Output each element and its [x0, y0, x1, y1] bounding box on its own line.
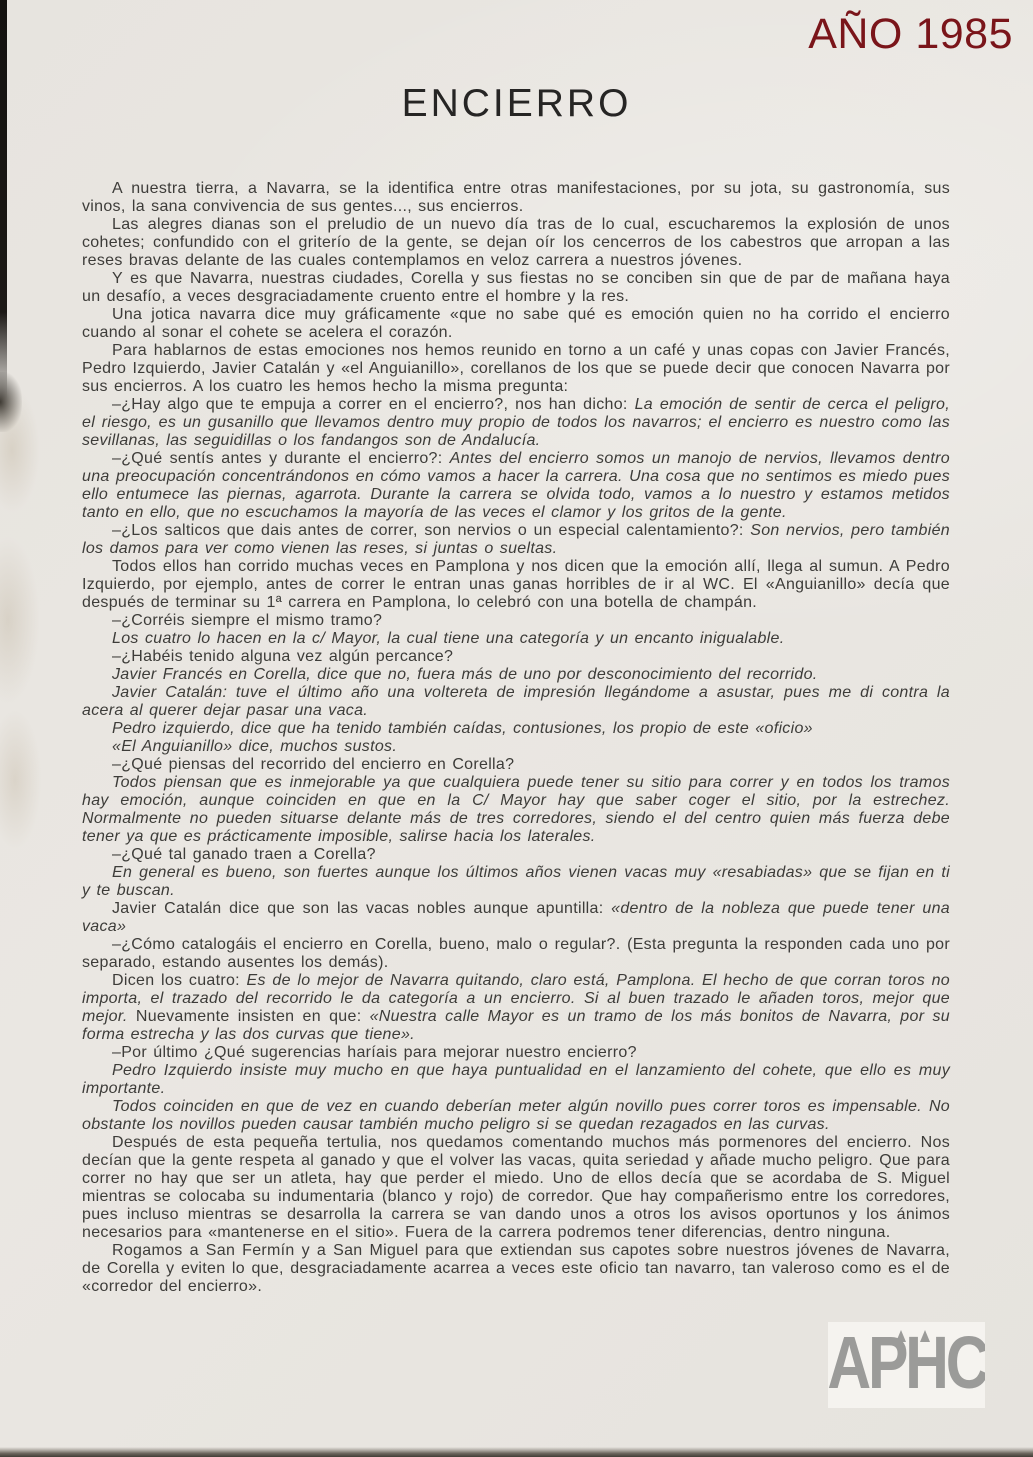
- paragraph: Javier Francés en Corella, dice que no, …: [82, 666, 950, 684]
- paragraph-segment: –¿Habéis tenido alguna vez algún percanc…: [112, 648, 453, 665]
- paragraph: Javier Catalán dice que son las vacas no…: [82, 900, 950, 936]
- paragraph: A nuestra tierra, a Navarra, se la ident…: [82, 180, 950, 216]
- paragraph: Una jotica navarra dice muy gráficamente…: [82, 306, 950, 342]
- paragraph: Rogamos a San Fermín y a San Miguel para…: [82, 1242, 950, 1296]
- paragraph-segment: A nuestra tierra, a Navarra, se la ident…: [82, 180, 950, 215]
- paragraph-segment: –¿Qué sentís antes y durante el encierro…: [112, 450, 450, 467]
- paragraph-segment: Todos coinciden en que de vez en cuando …: [82, 1098, 950, 1133]
- paragraph: Dicen los cuatro: Es de lo mejor de Nava…: [82, 972, 950, 1044]
- paragraph: Y es que Navarra, nuestras ciudades, Cor…: [82, 270, 950, 306]
- paragraph-segment: Todos piensan que es inmejorable ya que …: [82, 774, 950, 845]
- paragraph-segment: Los cuatro lo hacen en la c/ Mayor, la c…: [112, 630, 784, 647]
- scan-edge-left: [0, 0, 7, 400]
- scanned-document-page: AÑO 1985 ENCIERRO A nuestra tierra, a Na…: [0, 0, 1033, 1457]
- paragraph: Pedro Izquierdo insiste muy mucho en que…: [82, 1062, 950, 1098]
- paragraph-segment: Todos ellos han corrido muchas veces en …: [82, 558, 950, 611]
- paragraph: –¿Qué tal ganado traen a Corella?: [82, 846, 950, 864]
- paragraph: Pedro izquierdo, dice que ha tenido tamb…: [82, 720, 950, 738]
- year-label: AÑO 1985: [808, 10, 1013, 59]
- paragraph: Todos ellos han corrido muchas veces en …: [82, 558, 950, 612]
- paragraph: Las alegres dianas son el preludio de un…: [82, 216, 950, 270]
- paragraph: En general es bueno, son fuertes aunque …: [82, 864, 950, 900]
- paragraph: Para hablarnos de estas emociones nos he…: [82, 342, 950, 396]
- paragraph: Javier Catalán: tuve el último año una v…: [82, 684, 950, 720]
- paragraph-segment: Pedro izquierdo, dice que ha tenido tamb…: [112, 720, 813, 737]
- paragraph: Los cuatro lo hacen en la c/ Mayor, la c…: [82, 630, 950, 648]
- paragraph-segment: Javier Francés en Corella, dice que no, …: [112, 666, 818, 683]
- paragraph-segment: Javier Catalán dice que son las vacas no…: [112, 900, 611, 917]
- paragraph-segment: Y es que Navarra, nuestras ciudades, Cor…: [82, 270, 950, 305]
- paragraph-segment: Las alegres dianas son el preludio de un…: [82, 216, 950, 269]
- paper-stain: [0, 360, 70, 880]
- watermark-text: APHC: [828, 1326, 985, 1400]
- paragraph-segment: –Por último ¿Qué sugerencias haríais par…: [112, 1044, 637, 1061]
- paragraph-segment: Dicen los cuatro:: [112, 972, 247, 989]
- paragraph-segment: Rogamos a San Fermín y a San Miguel para…: [82, 1242, 950, 1295]
- paragraph-segment: Javier Catalán: tuve el último año una v…: [82, 684, 950, 719]
- paragraph-segment: En general es bueno, son fuertes aunque …: [82, 864, 950, 899]
- paragraph: –¿Los salticos que dais antes de correr,…: [82, 522, 950, 558]
- paragraph-segment: Una jotica navarra dice muy gráficamente…: [82, 306, 950, 341]
- paragraph: –¿Hay algo que te empuja a correr en el …: [82, 396, 950, 450]
- paragraph: –¿Corréis siempre el mismo tramo?: [82, 612, 950, 630]
- paragraph-segment: –¿Hay algo que te empuja a correr en el …: [112, 396, 635, 413]
- paragraph-segment: Pedro Izquierdo insiste muy mucho en que…: [82, 1062, 950, 1097]
- paragraph-segment: Nuevamente insisten en que:: [128, 1008, 370, 1025]
- paragraph: «El Anguianillo» dice, muchos sustos.: [82, 738, 950, 756]
- scan-edge-bottom: [0, 1447, 1033, 1457]
- page-title: ENCIERRO: [0, 82, 1033, 126]
- paragraph: –Por último ¿Qué sugerencias haríais par…: [82, 1044, 950, 1062]
- paragraph: Todos coinciden en que de vez en cuando …: [82, 1098, 950, 1134]
- paragraph-segment: «El Anguianillo» dice, muchos sustos.: [112, 738, 397, 755]
- paragraph-segment: –¿Qué tal ganado traen a Corella?: [112, 846, 376, 863]
- paragraph-segment: –¿Los salticos que dais antes de correr,…: [112, 522, 750, 539]
- paragraph: –¿Cómo catalogáis el encierro en Corella…: [82, 936, 950, 972]
- paragraph: Todos piensan que es inmejorable ya que …: [82, 774, 950, 846]
- paragraph-segment: –¿Cómo catalogáis el encierro en Corella…: [82, 936, 950, 971]
- paragraph: Después de esta pequeña tertulia, nos qu…: [82, 1134, 950, 1242]
- paragraph-segment: –¿Corréis siempre el mismo tramo?: [112, 612, 382, 629]
- paragraph: –¿Qué sentís antes y durante el encierro…: [82, 450, 950, 522]
- paragraph: –¿Habéis tenido alguna vez algún percanc…: [82, 648, 950, 666]
- paragraph-segment: Para hablarnos de estas emociones nos he…: [82, 342, 950, 395]
- article-body: A nuestra tierra, a Navarra, se la ident…: [82, 180, 950, 1296]
- watermark-badge: APHC: [828, 1322, 985, 1408]
- paragraph: –¿Qué piensas del recorrido del encierro…: [82, 756, 950, 774]
- paragraph-segment: –¿Qué piensas del recorrido del encierro…: [112, 756, 514, 773]
- paragraph-segment: Después de esta pequeña tertulia, nos qu…: [82, 1134, 950, 1241]
